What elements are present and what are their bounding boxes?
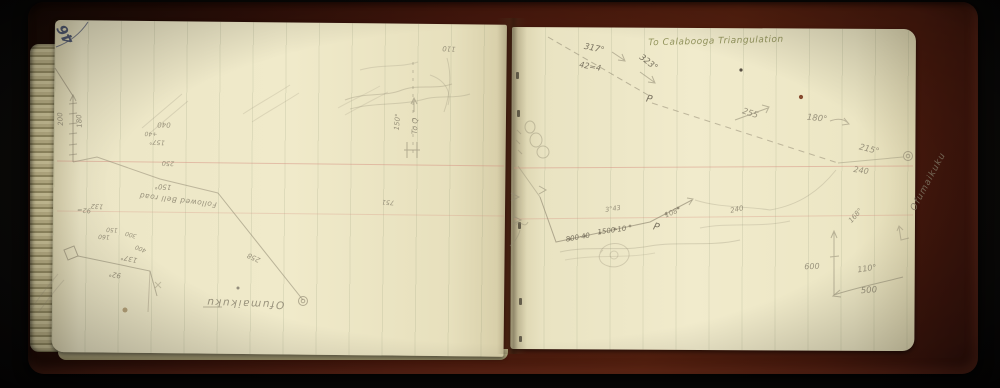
spine-gutter	[497, 18, 527, 354]
right-page	[510, 27, 916, 351]
notebook-photo: 46200180040+40157°250150°Followed Bell r…	[0, 0, 1000, 388]
left-page	[52, 20, 507, 357]
